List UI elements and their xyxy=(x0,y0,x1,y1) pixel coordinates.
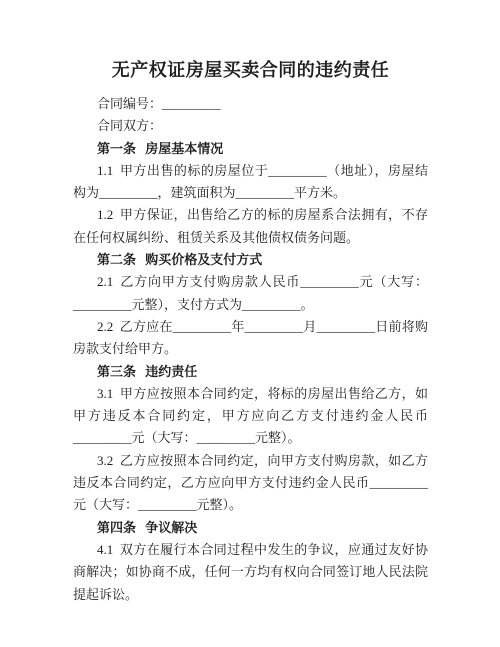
section-breach-liability: 第三条 违约责任 3.1 甲方应按照本合同约定，将标的房屋出售给乙方，如甲方违反… xyxy=(73,361,428,517)
contract-parties-line: 合同双方： xyxy=(73,115,428,137)
section-heading-breach-liability: 第三条 违约责任 xyxy=(73,361,428,383)
contract-document-page: 无产权证房屋买卖合同的违约责任 合同编号：_________ 合同双方： 第一条… xyxy=(0,0,500,647)
section-heading-house-basic-info: 第一条 房屋基本情况 xyxy=(73,138,428,160)
contract-paragraph-1-2: 1.2 甲方保证，出售给乙方的标的房屋系合法拥有，不存在任何权属纠纷、租赁关系及… xyxy=(73,204,428,249)
section-house-basic-info: 第一条 房屋基本情况 1.1 甲方出售的标的房屋位于_________（地址），… xyxy=(73,138,428,249)
contract-paragraph-4-1: 4.1 双方在履行本合同过程中发生的争议，应通过友好协商解决；如协商不成，任何一… xyxy=(73,539,428,606)
contract-paragraph-3-2: 3.2 乙方应按照本合同约定，向甲方支付购房款，如乙方违反本合同约定，乙方应向甲… xyxy=(73,450,428,517)
section-price-and-payment: 第二条 购买价格及支付方式 2.1 乙方向甲方支付购房款人民币_________… xyxy=(73,249,428,360)
section-heading-price-and-payment: 第二条 购买价格及支付方式 xyxy=(73,249,428,271)
contract-paragraph-1-1: 1.1 甲方出售的标的房屋位于_________（地址），房屋结构为______… xyxy=(73,160,428,205)
contract-paragraph-3-1: 3.1 甲方应按照本合同约定，将标的房屋出售给乙方，如甲方违反本合同约定，甲方应… xyxy=(73,383,428,450)
contract-paragraph-2-2: 2.2 乙方应在_________年_________月_________日前将… xyxy=(73,316,428,361)
section-dispute-resolution: 第四条 争议解决 4.1 双方在履行本合同过程中发生的争议，应通过友好协商解决；… xyxy=(73,517,428,606)
contract-paragraph-2-1: 2.1 乙方向甲方支付购房款人民币_________元（大写：_________… xyxy=(73,271,428,316)
section-heading-dispute-resolution: 第四条 争议解决 xyxy=(73,517,428,539)
document-title: 无产权证房屋买卖合同的违约责任 xyxy=(73,57,428,84)
contract-number-line: 合同编号：_________ xyxy=(73,93,428,115)
